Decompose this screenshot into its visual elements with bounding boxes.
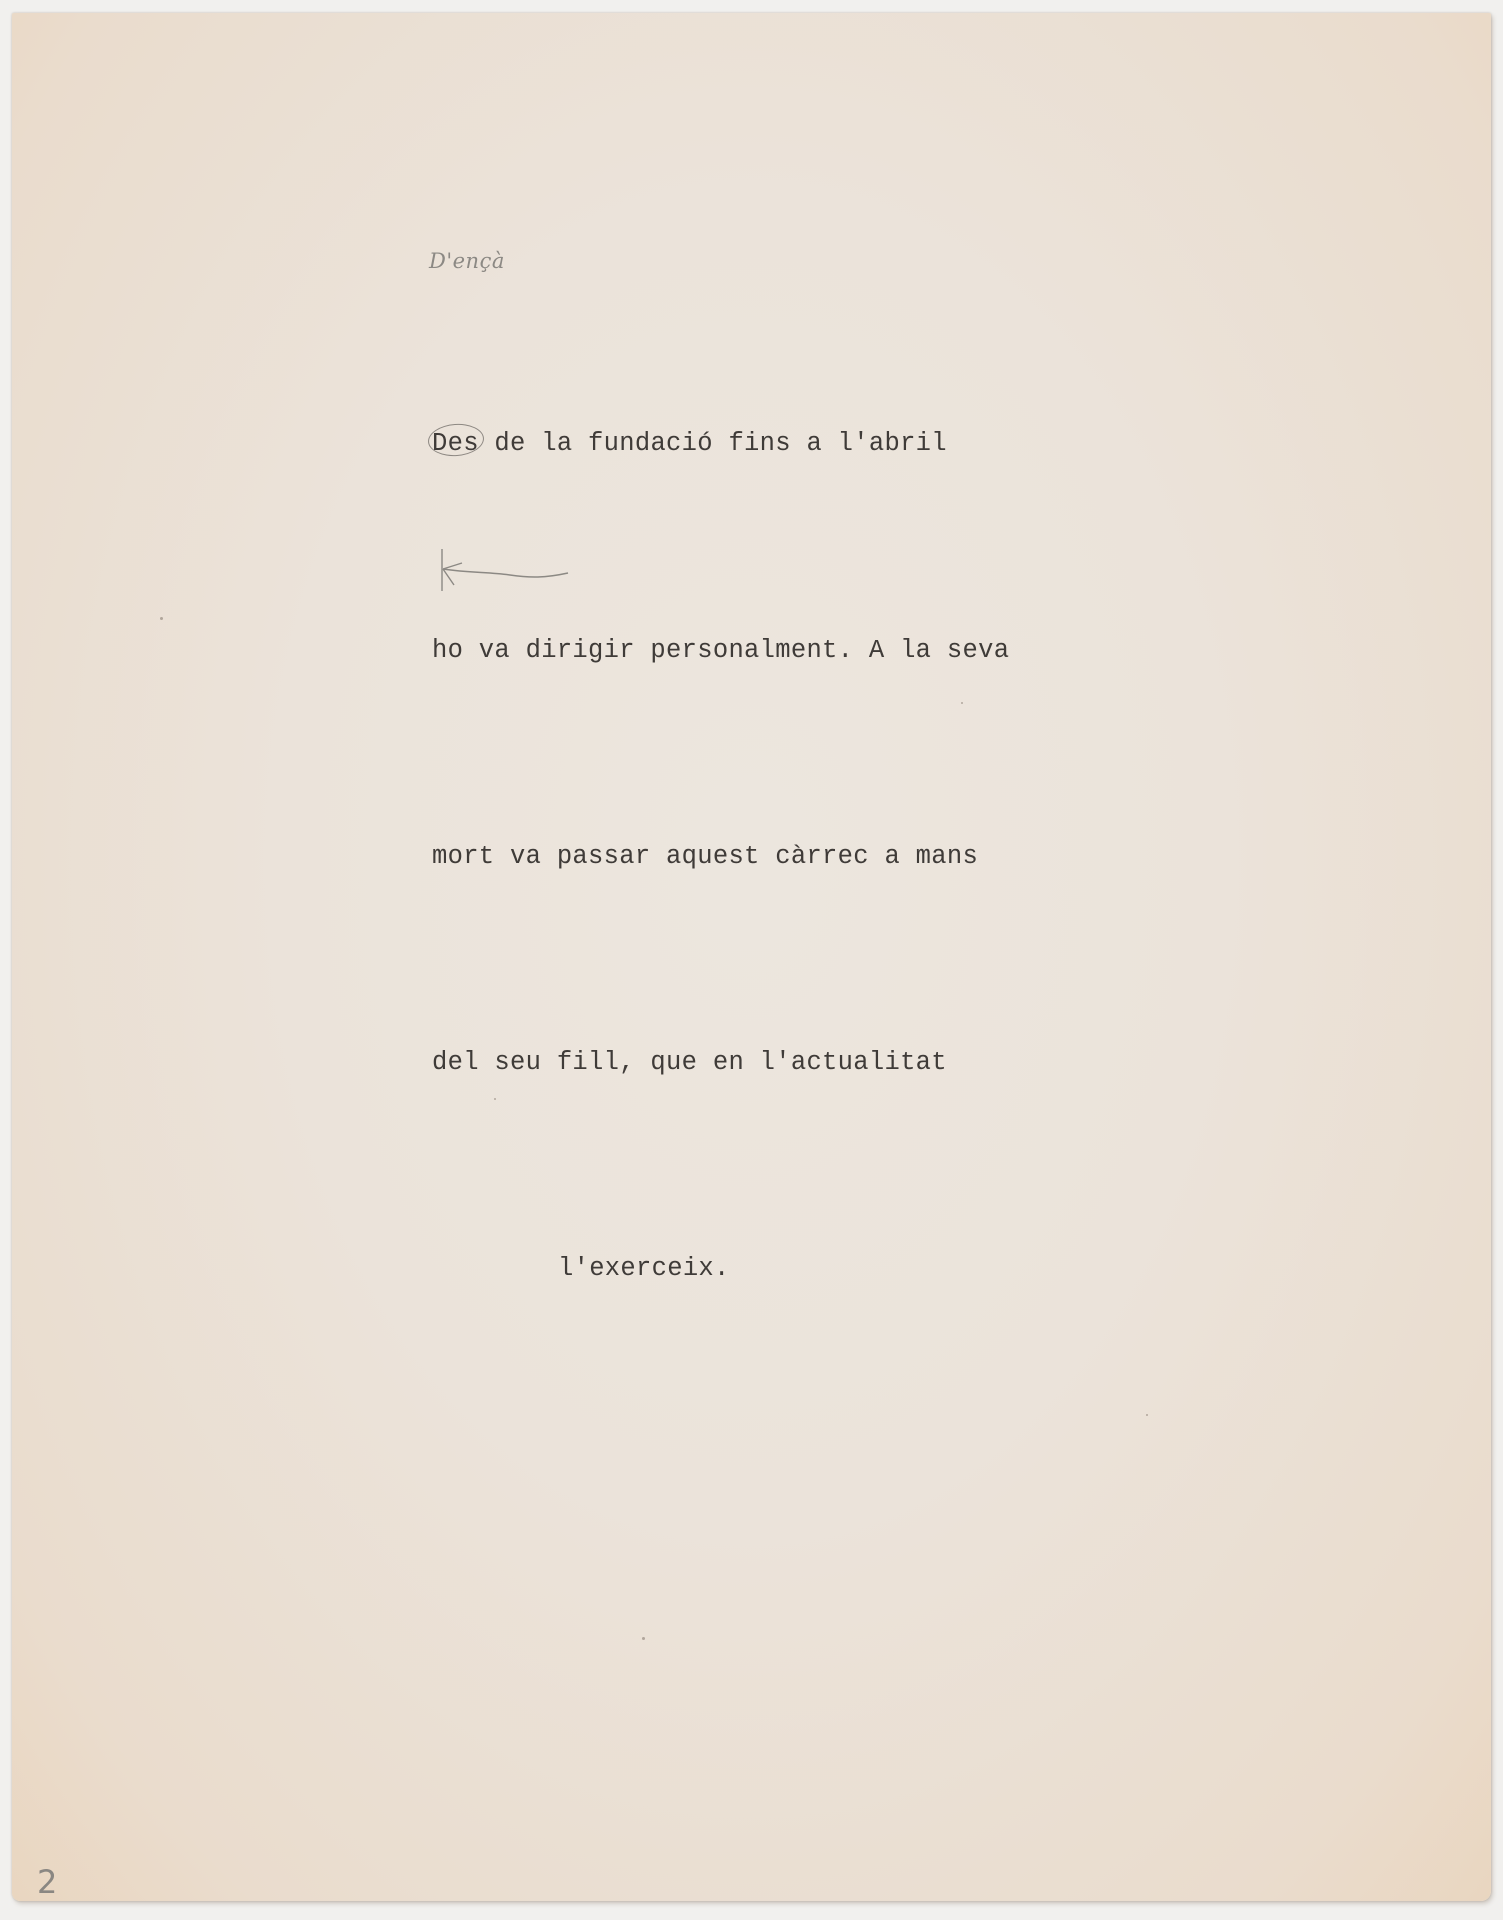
handwritten-correction: D'ençà: [429, 249, 505, 273]
typed-line-1: Des de la fundació fins a l'abril: [432, 410, 1009, 479]
paper-speck: [494, 1098, 496, 1100]
paper-sheet: D'ençà Des de la fundació fins a l'abril…: [12, 13, 1491, 1901]
typed-line-5: l'exerceix.: [432, 1235, 1009, 1304]
arrow-left-indent-icon: [440, 545, 572, 595]
typed-line-4: del seu fill, que en l'actualitat: [432, 1029, 1009, 1098]
circled-word: Des: [432, 410, 479, 479]
typed-line-2: ho va dirigir personalment. A la seva: [432, 617, 1009, 686]
handwritten-page-number: 2: [37, 1863, 57, 1901]
typed-line-3: mort va passar aquest càrrec a mans: [432, 823, 1009, 892]
paper-speck: [642, 1637, 645, 1640]
paper-speck: [961, 702, 963, 704]
typewritten-text-block: Des de la fundació fins a l'abril ho va …: [432, 273, 1009, 1441]
typed-line-1-rest: de la fundació fins a l'abril: [479, 429, 947, 458]
paper-speck: [1146, 1414, 1148, 1416]
typed-line-5-text: l'exerceix.: [558, 1254, 730, 1283]
paper-speck: [160, 617, 163, 620]
